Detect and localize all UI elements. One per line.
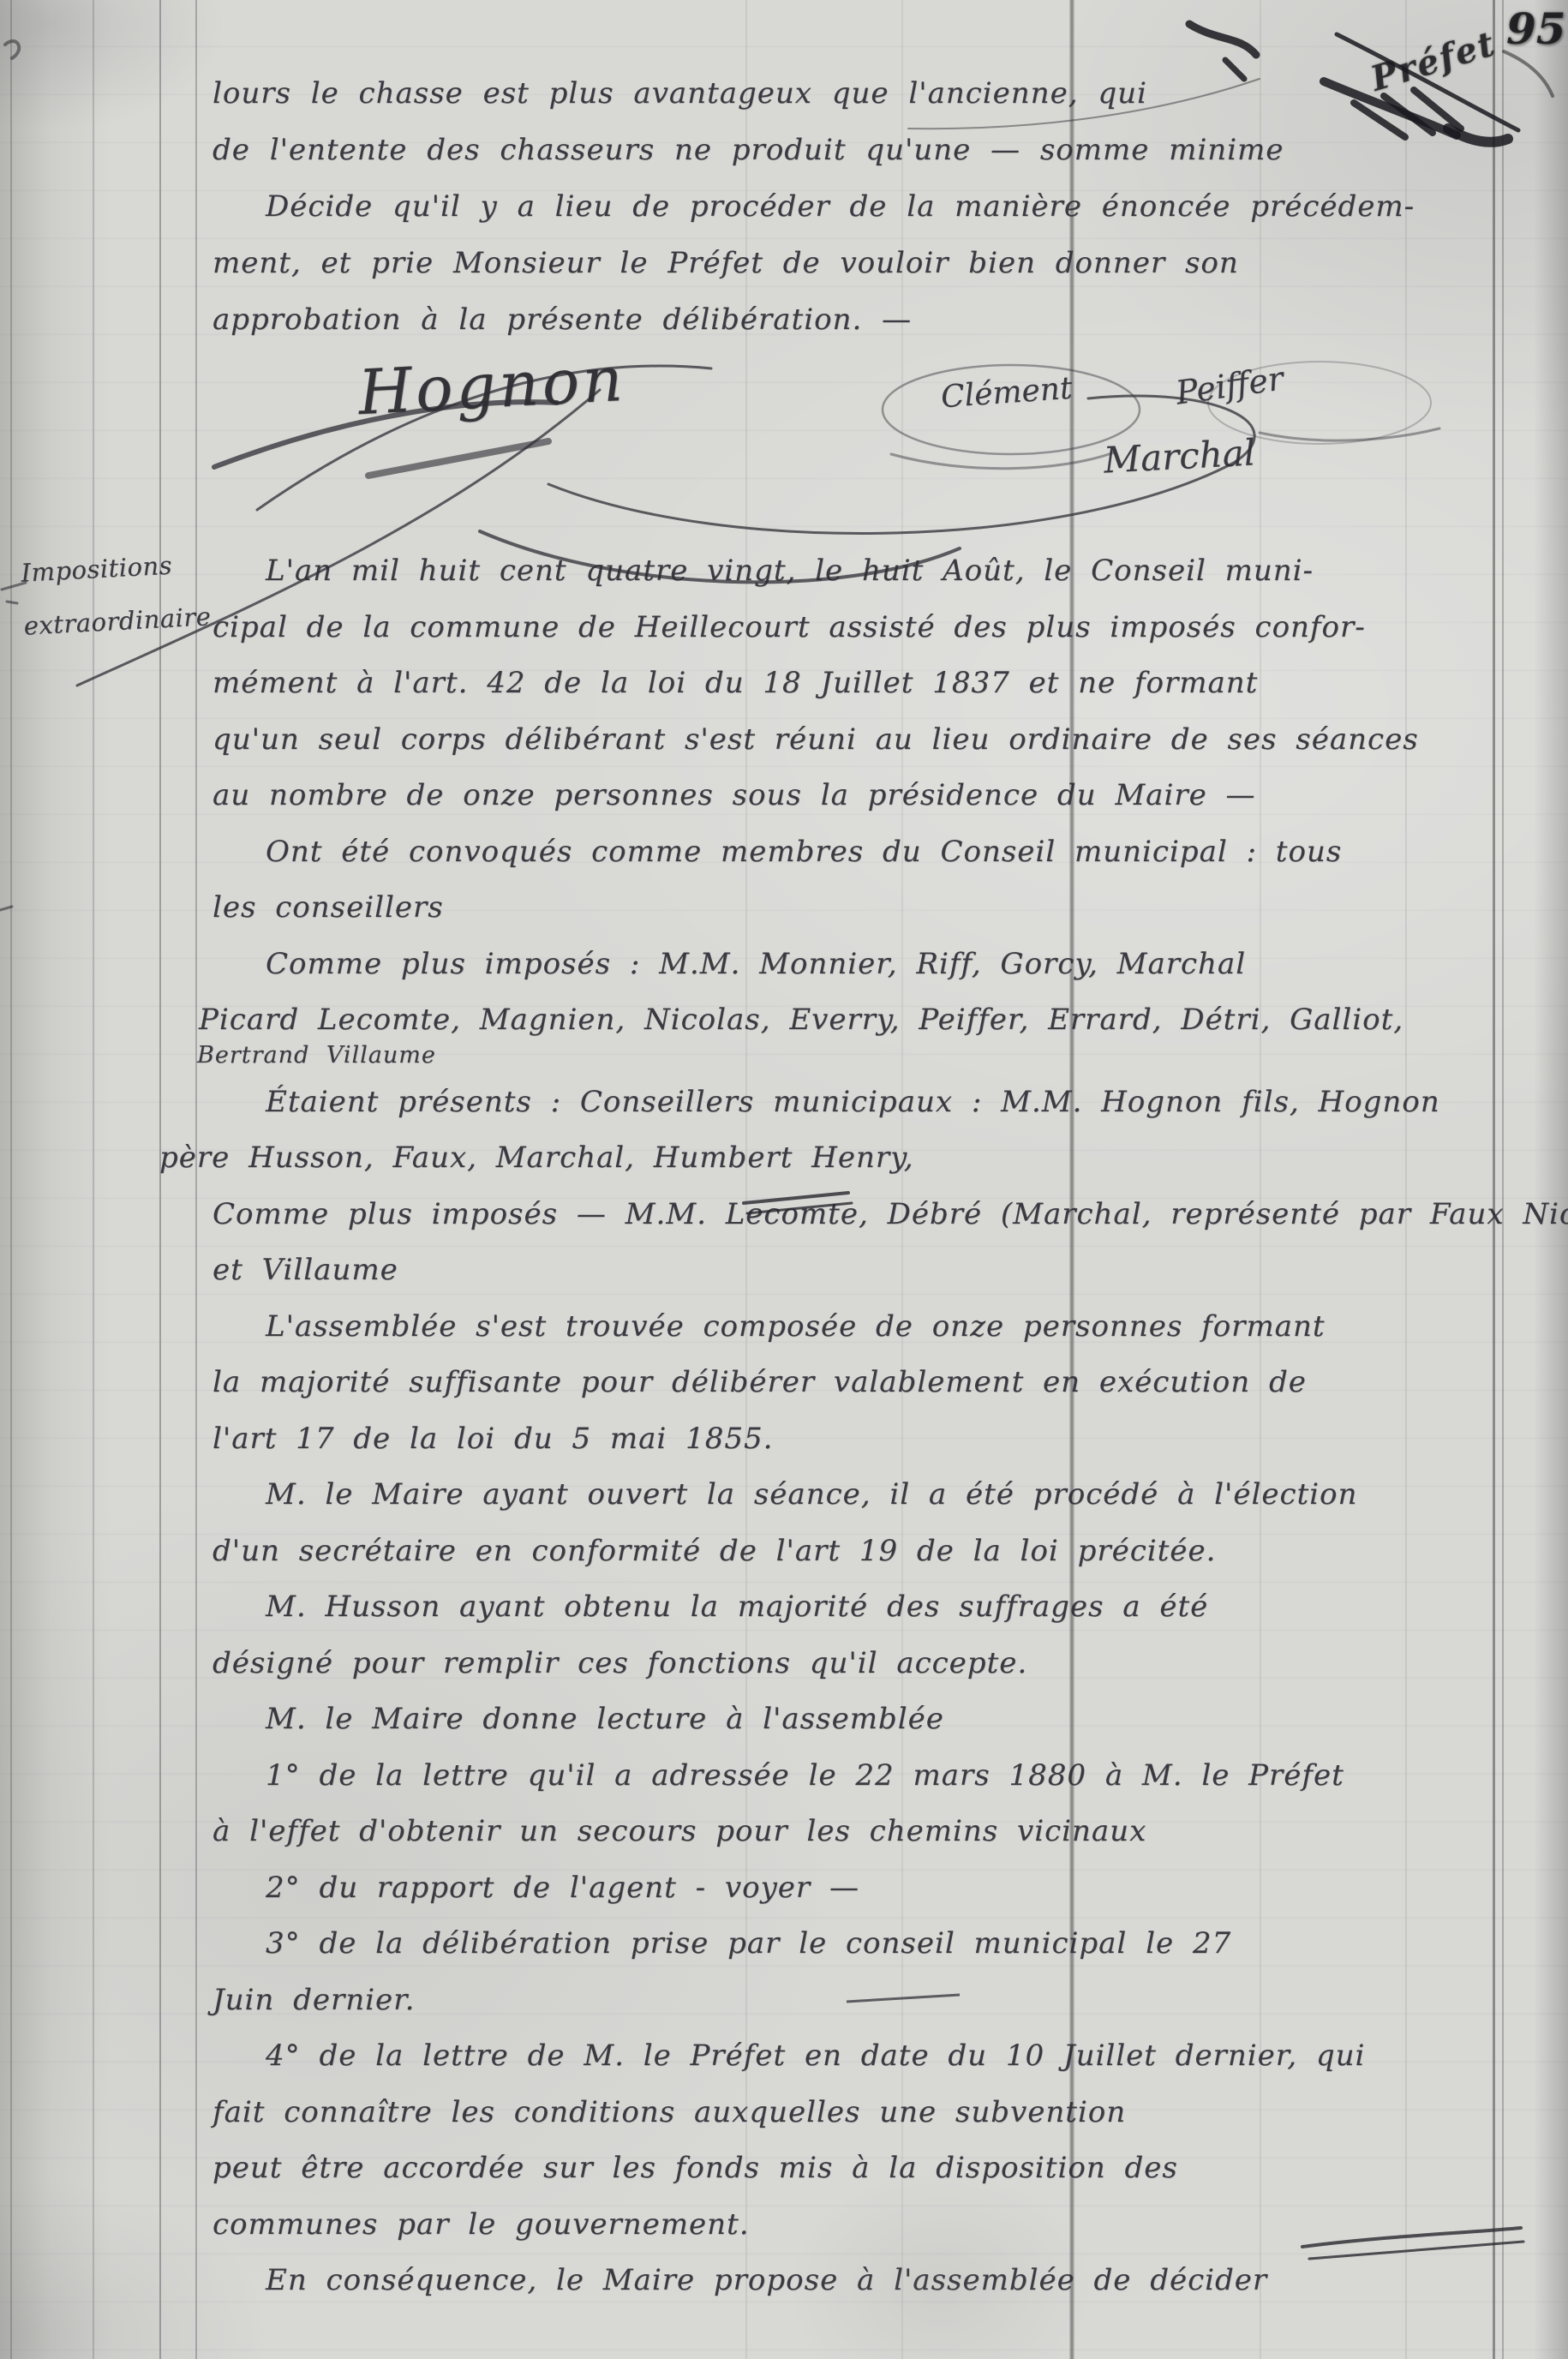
edge-mark	[0, 41, 26, 910]
signature-clement: Clément	[940, 371, 1074, 416]
text-line: l'art 17 de la loi du 5 mai 1855.	[212, 1411, 1568, 1468]
text-line: et Villaume	[212, 1242, 1568, 1299]
signature-hognon: Hognon	[356, 343, 627, 428]
text-line: de l'entente des chasseurs ne produit qu…	[212, 122, 1415, 178]
text-line: approbation à la présente délibération. …	[212, 291, 1415, 348]
text-line: fait connaître les conditions auxquelles…	[212, 2085, 1568, 2141]
text-line: lours le chasse est plus avantageux que …	[212, 65, 1415, 122]
text-line: 2° du rapport de l'agent - voyer —	[212, 1860, 1568, 1917]
text-line: Juin dernier.	[212, 1973, 1568, 2029]
text-line: 3° de la délibération prise par le conse…	[212, 1916, 1568, 1973]
text-line: En conséquence, le Maire propose à l'ass…	[212, 2253, 1568, 2309]
text-line: Comme plus imposés : M.M. Monnier, Riff,…	[212, 937, 1568, 993]
signature-peiffer: Peiffer	[1174, 359, 1286, 411]
text-line: 1° de la lettre qu'il a adressée le 22 m…	[212, 1748, 1568, 1805]
page-edge-line	[10, 0, 12, 2359]
text-line: cipal de la commune de Heillecourt assis…	[212, 600, 1568, 656]
text-line: mément à l'art. 42 de la loi du 18 Juill…	[212, 656, 1568, 712]
page-number: 95	[1506, 3, 1566, 54]
margin-note: Impositions extraordinaire	[20, 536, 212, 652]
text-line: Décide qu'il y a lieu de procéder de la …	[212, 178, 1415, 235]
text-line: d'un secrétaire en conformité de l'art 1…	[212, 1524, 1568, 1580]
left-rule-line	[93, 0, 94, 2359]
text-line: L'assemblée s'est trouvée composée de on…	[212, 1299, 1568, 1356]
text-line: désigné pour remplir ces fonctions qu'il…	[212, 1636, 1568, 1692]
text-line: M. le Maire ayant ouvert la séance, il a…	[212, 1467, 1568, 1524]
text-line: qu'un seul corps délibérant s'est réuni …	[212, 712, 1568, 769]
closing-paragraph: lours le chasse est plus avantageux que …	[212, 65, 1415, 348]
text-line: 4° de la lettre de M. le Préfet en date …	[212, 2028, 1568, 2085]
margin-note-line: Impositions	[20, 536, 210, 599]
text-line: M. Husson ayant obtenu la majorité des s…	[212, 1579, 1568, 1636]
text-line: la majorité suffisante pour délibérer va…	[212, 1355, 1568, 1411]
deliberation-text: L'an mil huit cent quatre vingt, le huit…	[212, 543, 1568, 2309]
text-line: à l'effet d'obtenir un secours pour les …	[212, 1804, 1568, 1860]
text-line: communes par le gouvernement.	[212, 2197, 1568, 2254]
text-line: père Husson, Faux, Marchal, Humbert Henr…	[159, 1130, 1568, 1187]
text-line: les conseillers	[212, 880, 1568, 937]
text-line: au nombre de onze personnes sous la prés…	[212, 768, 1568, 824]
register-page-scan: 95 Préfet lours le chasse est plus avant…	[0, 0, 1568, 2359]
signature-marchal: Marchal	[1103, 431, 1256, 481]
text-line: L'an mil huit cent quatre vingt, le huit…	[212, 543, 1568, 600]
text-line: ment, et prie Monsieur le Préfet de voul…	[212, 235, 1415, 291]
text-line: Étaient présents : Conseillers municipau…	[212, 1075, 1568, 1131]
margin-note-line: extraordinaire	[22, 590, 212, 652]
text-line: Comme plus imposés — M.M. Lecomte, Débré…	[212, 1187, 1568, 1243]
text-line: peut être accordée sur les fonds mis à l…	[212, 2140, 1568, 2197]
text-line: M. le Maire donne lecture à l'assemblée	[212, 1691, 1568, 1748]
text-line: Ont été convoqués comme membres du Conse…	[212, 824, 1568, 881]
